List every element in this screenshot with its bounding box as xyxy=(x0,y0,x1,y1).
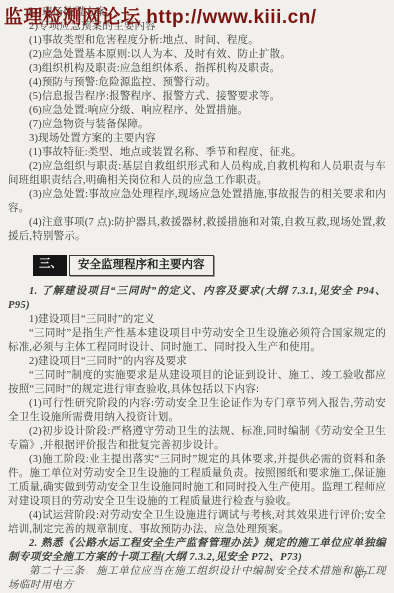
scanned-document-page: 监理检测网论坛 http://www.kiii.cn/ (3)现场处置方案。2)… xyxy=(0,0,394,593)
paragraph: 1. 了解建设项目“三同时”的定义、内容及要求(大纲 7.3.1,见安全 P94… xyxy=(8,285,386,313)
paragraph: (6)应急处置:响应分级、响应程序、处置措施。 xyxy=(8,104,386,118)
paragraph: (1)可行性研究阶段的内容:劳动安全卫生论证作为专门章节列入报告,劳动安全卫生设… xyxy=(8,397,386,425)
paragraph: “三同时”制度的实施要求是从建设项目的论证到设计、施工、竣工验收都应按照“三同时… xyxy=(8,369,386,397)
paragraph: 2. 熟悉《公路水运工程安全生产监督管理办法》规定的施工单位应单独编制专项安全施… xyxy=(8,537,386,565)
paragraph: (1)事故特征:类型、地点或装置名称、季节和程度、征兆。 xyxy=(8,146,386,160)
document-body: (3)现场处置方案。2)专项应急预案的主要内容(1)事故类型和危害程度分析:地点… xyxy=(8,6,386,593)
paragraph: 2)建设项目“三同时”的内容及要求 xyxy=(8,355,386,369)
paragraph: (3)施工阶段:业主提出落实“三同时”规定的具体要求,并提供必需的资料和条件。施… xyxy=(8,453,386,509)
page-number: 67 xyxy=(355,569,368,581)
paragraph: (4)预防与预警:危险源监控、预警行动。 xyxy=(8,76,386,90)
section-title: 安全监理程序和主要内容 xyxy=(69,255,214,276)
watermark-text: 监理检测网论坛 http://www.kiii.cn/ xyxy=(4,2,317,29)
paragraph: 第二十三条 施工单位应当在施工组织设计中编制安全技术措施和施工现场临时用电方 xyxy=(8,565,386,593)
section-header: 三、安全监理程序和主要内容 xyxy=(33,255,386,276)
paragraph: (3)组织机构及职责:应急组织体系、指挥机构及职责。 xyxy=(8,62,386,76)
paragraph: (2)应急组织与职责:基层自救组织形式和人员构成,自救机构和人员职责与车间班组职… xyxy=(8,160,386,188)
paragraph: (7)应急物资与装备保障。 xyxy=(8,118,386,132)
paragraph: (2)应急处置基本原则:以人为本、及时有效、防止扩散。 xyxy=(8,48,386,62)
paragraph: (4)试运营阶段:对劳动安全卫生设施进行调试与考核,对其效果进行评价;安全培训,… xyxy=(8,509,386,537)
paragraph: 3)现场处置方案的主要内容 xyxy=(8,132,386,146)
paragraph: (5)信息报告程序:报警程序、报警方式、接警要求等。 xyxy=(8,90,386,104)
paragraph: (4)注意事项(7 点):防护器具,救援器材,救援措施和对策,自救互救,现场处置… xyxy=(8,216,386,244)
paragraph: 1)建设项目“三同时”的定义 xyxy=(8,313,386,327)
paragraph: (3)应急处置:事故应急处理程序,现场应急处置措施,事故报告的相关要求和内容。 xyxy=(8,188,386,216)
paragraph: “三同时”是指生产性基本建设项目中劳动安全卫生设施必须符合国家规定的标准,必须与… xyxy=(8,327,386,355)
paragraph: (1)事故类型和危害程度分析:地点、时间、程度。 xyxy=(8,34,386,48)
section-marker: 三、 xyxy=(33,255,67,276)
paragraph: (2)初步设计阶段:严格遵守劳动卫生的法规、标准,同时编制《劳动安全卫生专篇》,… xyxy=(8,425,386,453)
